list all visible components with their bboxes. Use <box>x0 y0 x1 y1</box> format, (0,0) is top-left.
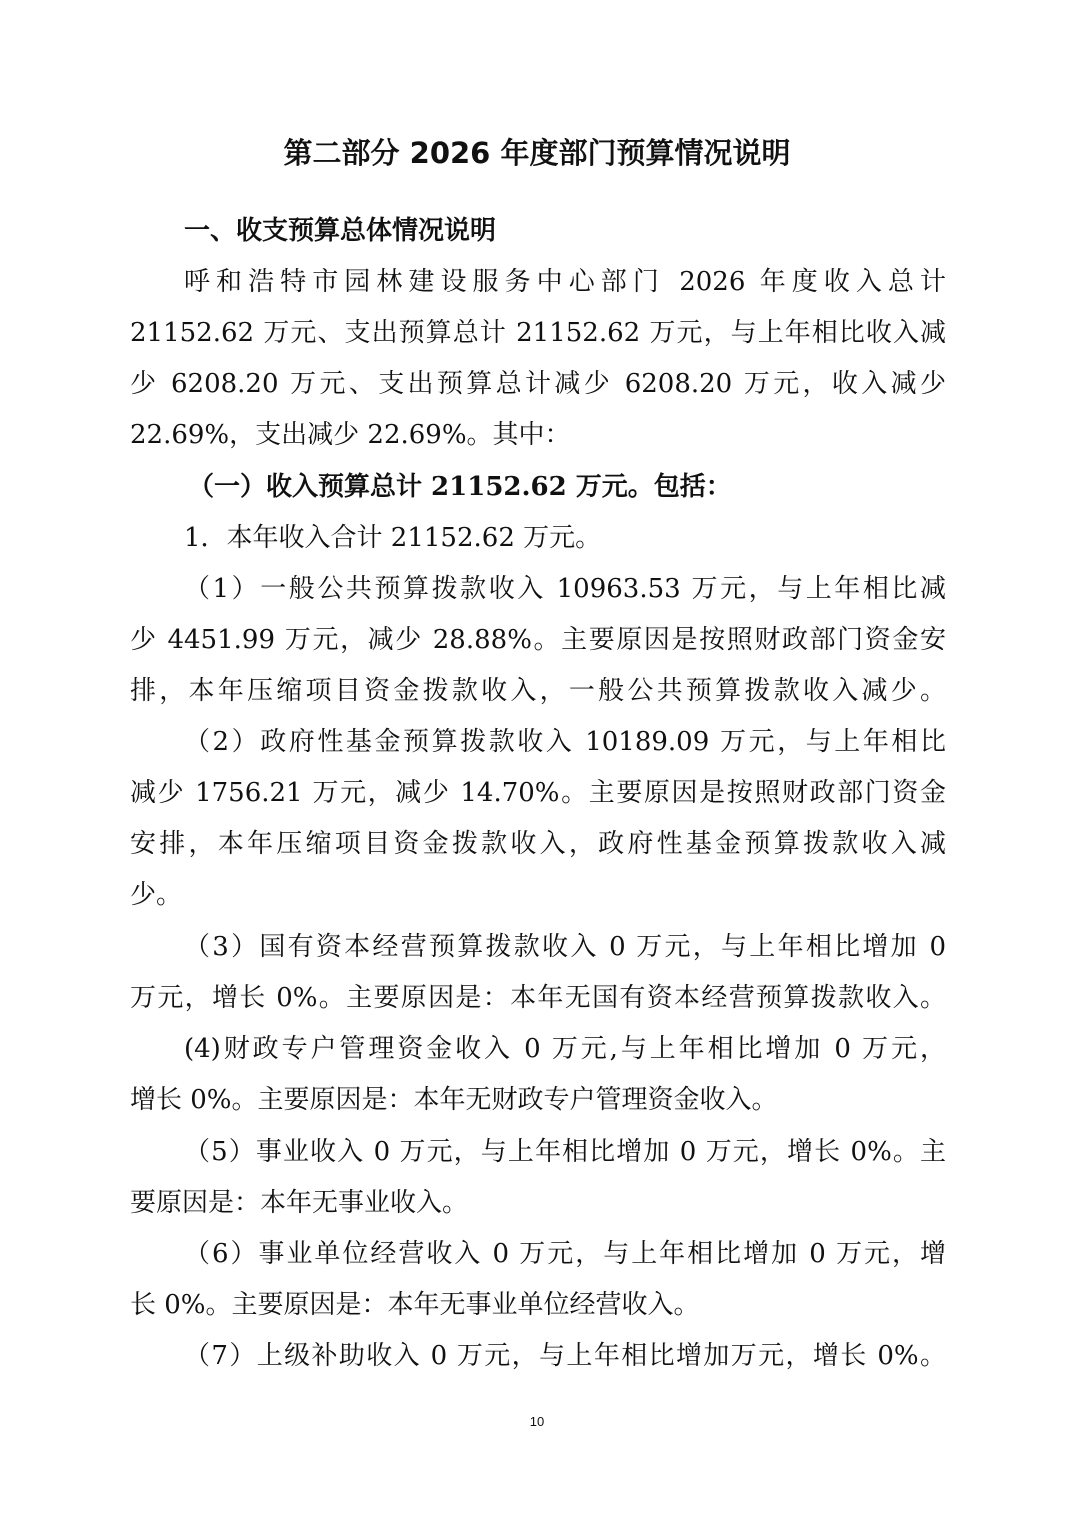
page-number: 10 <box>0 1412 1074 1432</box>
section-heading: 一、收支预算总体情况说明 <box>184 211 496 251</box>
paragraph-line: 长 0%。主要原因是：本年无事业单位经营收入。 <box>130 1285 946 1325</box>
paragraph-line: （6）事业单位经营收入 0 万元，与上年相比增加 0 万元，增 <box>184 1234 946 1274</box>
paragraph-line: 万元，增长 0%。主要原因是：本年无国有资本经营预算拨款收入。 <box>130 978 946 1018</box>
subsection-heading: （一）收入预算总计 21152.62 万元。包括： <box>188 467 950 507</box>
paragraph-line: (4)财政专户管理资金收入 0 万元,与上年相比增加 0 万元， <box>184 1029 946 1069</box>
intro-line: 呼和浩特市园林建设服务中心部门 2026 年度收入总计 <box>184 262 946 302</box>
paragraph-line: 减少 1756.21 万元，减少 14.70%。主要原因是按照财政部门资金 <box>130 773 946 813</box>
paragraph-line: （5）事业收入 0 万元，与上年相比增加 0 万元，增长 0%。主 <box>184 1132 946 1172</box>
paragraph-line: （7）上级补助收入 0 万元，与上年相比增加万元，增长 0%。 <box>184 1336 946 1376</box>
document-page: 第二部分 2026 年度部门预算情况说明 一、收支预算总体情况说明 呼和浩特市园… <box>0 0 1074 1520</box>
intro-line: 少 6208.20 万元、支出预算总计减少 6208.20 万元，收入减少 <box>130 364 946 404</box>
paragraph-line: （1）一般公共预算拨款收入 10963.53 万元，与上年相比减 <box>184 569 946 609</box>
item-1: 1．本年收入合计 21152.62 万元。 <box>184 518 946 558</box>
paragraph-line: 要原因是：本年无事业收入。 <box>130 1183 946 1223</box>
paragraph-line: （2）政府性基金预算拨款收入 10189.09 万元，与上年相比 <box>184 722 946 762</box>
paragraph-line: 排，本年压缩项目资金拨款收入，一般公共预算拨款收入减少。 <box>130 671 946 711</box>
paragraph-line: 安排，本年压缩项目资金拨款收入，政府性基金预算拨款收入减 <box>130 824 946 864</box>
page-title: 第二部分 2026 年度部门预算情况说明 <box>0 133 1074 173</box>
paragraph-line: 少 4451.99 万元，减少 28.88%。主要原因是按照财政部门资金安 <box>130 620 946 660</box>
paragraph-line: 少。 <box>130 875 946 915</box>
paragraph-line: （3）国有资本经营预算拨款收入 0 万元，与上年相比增加 0 <box>184 927 946 967</box>
intro-line: 22.69%，支出减少 22.69%。其中： <box>130 415 946 455</box>
intro-line: 21152.62 万元、支出预算总计 21152.62 万元，与上年相比收入减 <box>130 313 946 353</box>
paragraph-line: 增长 0%。主要原因是：本年无财政专户管理资金收入。 <box>130 1080 946 1120</box>
